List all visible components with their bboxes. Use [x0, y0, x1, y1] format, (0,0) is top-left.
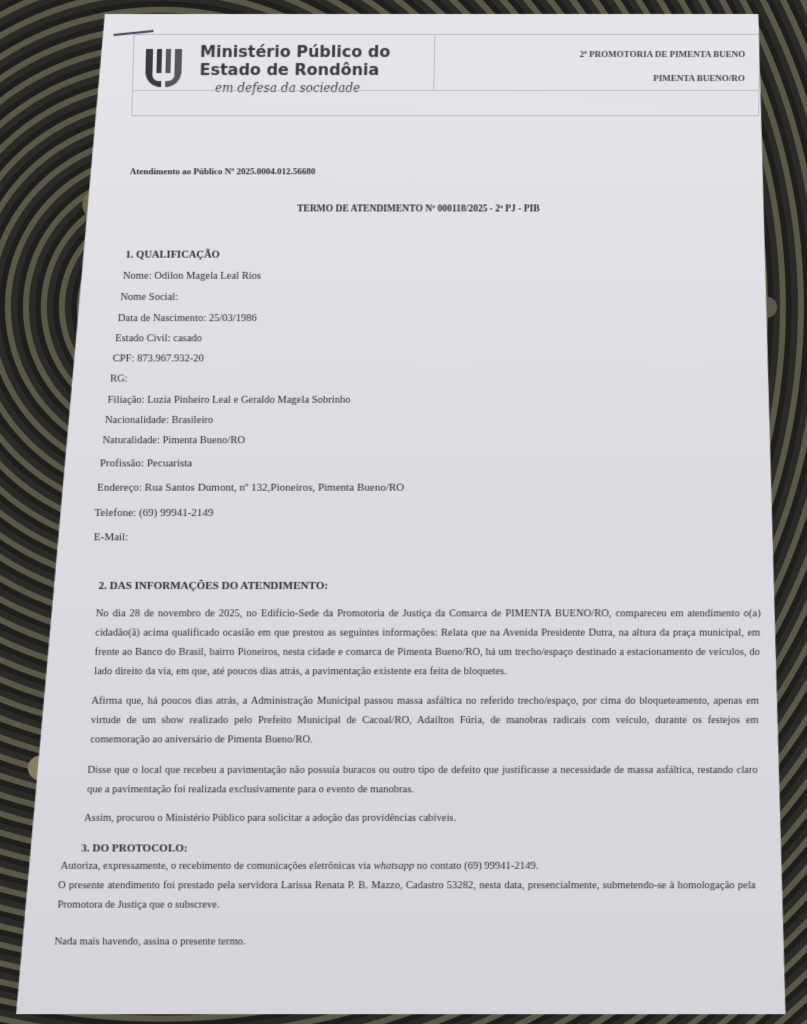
field-label: Estado Civil:: [115, 333, 171, 344]
header-divider: [433, 35, 435, 90]
section2-heading: 2. DAS INFORMAÇÕES DO ATENDIMENTO:: [98, 580, 328, 592]
paragraph: No dia 28 de novembro de 2025, no Edifíc…: [94, 604, 761, 681]
field-value: 25/03/1986: [209, 313, 257, 324]
field-cpf: CPF: 873.967.932-20: [113, 353, 204, 364]
field-value: casado: [173, 333, 202, 344]
service-statement: O presente atendimento foi prestado pela…: [57, 876, 755, 915]
field-value: (69) 99941-2149: [139, 507, 214, 519]
field-nome-social: Nome Social:: [120, 292, 178, 303]
mp-ro-logo-icon: [141, 45, 186, 89]
field-nacionalidade: Nacionalidade: Brasileiro: [105, 415, 213, 426]
field-label: CPF:: [113, 353, 135, 364]
field-value: Odilon Magela Leal Rios: [154, 271, 261, 282]
field-label: E-Mail:: [94, 531, 129, 543]
field-endereço: Endereço: Rua Santos Dumont, nº 132,Pion…: [97, 482, 404, 494]
field-nome: Nome: Odilon Magela Leal Rios: [123, 271, 261, 282]
header-rule: [133, 90, 759, 91]
section3-heading: 3. DO PROTOCOLO:: [81, 842, 188, 854]
document-title: TERMO DE ATENDIMENTO Nº 000118/2025 - 2ª…: [297, 204, 540, 214]
paragraph: Disse que o local que recebeu a paviment…: [87, 761, 758, 800]
section1-heading: 1. QUALIFICAÇÃO: [125, 250, 219, 261]
field-data-de-nascimento: Data de Nascimento: 25/03/1986: [118, 313, 257, 324]
org-motto: em defesa da sociedade: [215, 81, 361, 95]
paragraph: Afirma que, há poucos dias atrás, a Admi…: [90, 692, 759, 750]
field-label: Data de Nascimento:: [118, 313, 207, 324]
field-label: Nacionalidade:: [105, 415, 169, 426]
unit-city: PIMENTA BUENO/RO: [653, 73, 745, 83]
field-value: Pecuarista: [147, 457, 193, 469]
whatsapp-authorization: Autoriza, expressamente, o recebimento d…: [60, 861, 538, 872]
field-label: Telefone:: [94, 507, 136, 519]
closing-statement: Nada mais havendo, assina o presente ter…: [54, 936, 245, 947]
field-label: Nome Social:: [120, 292, 178, 303]
field-value: Pimenta Bueno/RO: [162, 435, 245, 446]
field-rg: RG:: [110, 374, 128, 385]
unit-name: 2ª PROMOTORIA DE PIMENTA BUENO: [580, 49, 746, 59]
protocol-number: Atendimento ao Público Nº 2025.0004.012.…: [130, 166, 316, 176]
field-e-mail: E-Mail:: [94, 531, 129, 543]
letterhead: Ministério Público do Estado de Rondônia…: [131, 34, 760, 116]
field-label: Filiação:: [107, 395, 144, 406]
field-value: Rua Santos Dumont, nº 132,Pioneiros, Pim…: [145, 482, 405, 494]
field-telefone: Telefone: (69) 99941-2149: [94, 507, 213, 519]
field-filiação: Filiação: Luzia Pinheiro Leal e Geraldo …: [107, 395, 350, 406]
field-estado-civil: Estado Civil: casado: [115, 333, 202, 344]
org-name-line1: Ministério Público do: [200, 43, 391, 61]
field-label: Endereço:: [97, 482, 142, 494]
field-profissão: Profissão: Pecuarista: [100, 457, 193, 469]
field-value: Brasileiro: [171, 415, 213, 426]
org-name-line2: Estado de Rondônia: [199, 61, 379, 79]
field-label: RG:: [110, 374, 128, 385]
paragraph: Assim, procurou o Ministério Público par…: [84, 809, 757, 828]
field-value: Luzia Pinheiro Leal e Geraldo Magela Sob…: [147, 395, 351, 406]
field-value: 873.967.932-20: [137, 353, 204, 364]
field-naturalidade: Naturalidade: Pimenta Bueno/RO: [102, 435, 245, 446]
field-label: Nome:: [123, 271, 152, 282]
document-page: Ministério Público do Estado de Rondônia…: [16, 14, 804, 1014]
field-label: Naturalidade:: [102, 435, 160, 446]
field-label: Profissão:: [100, 457, 145, 469]
